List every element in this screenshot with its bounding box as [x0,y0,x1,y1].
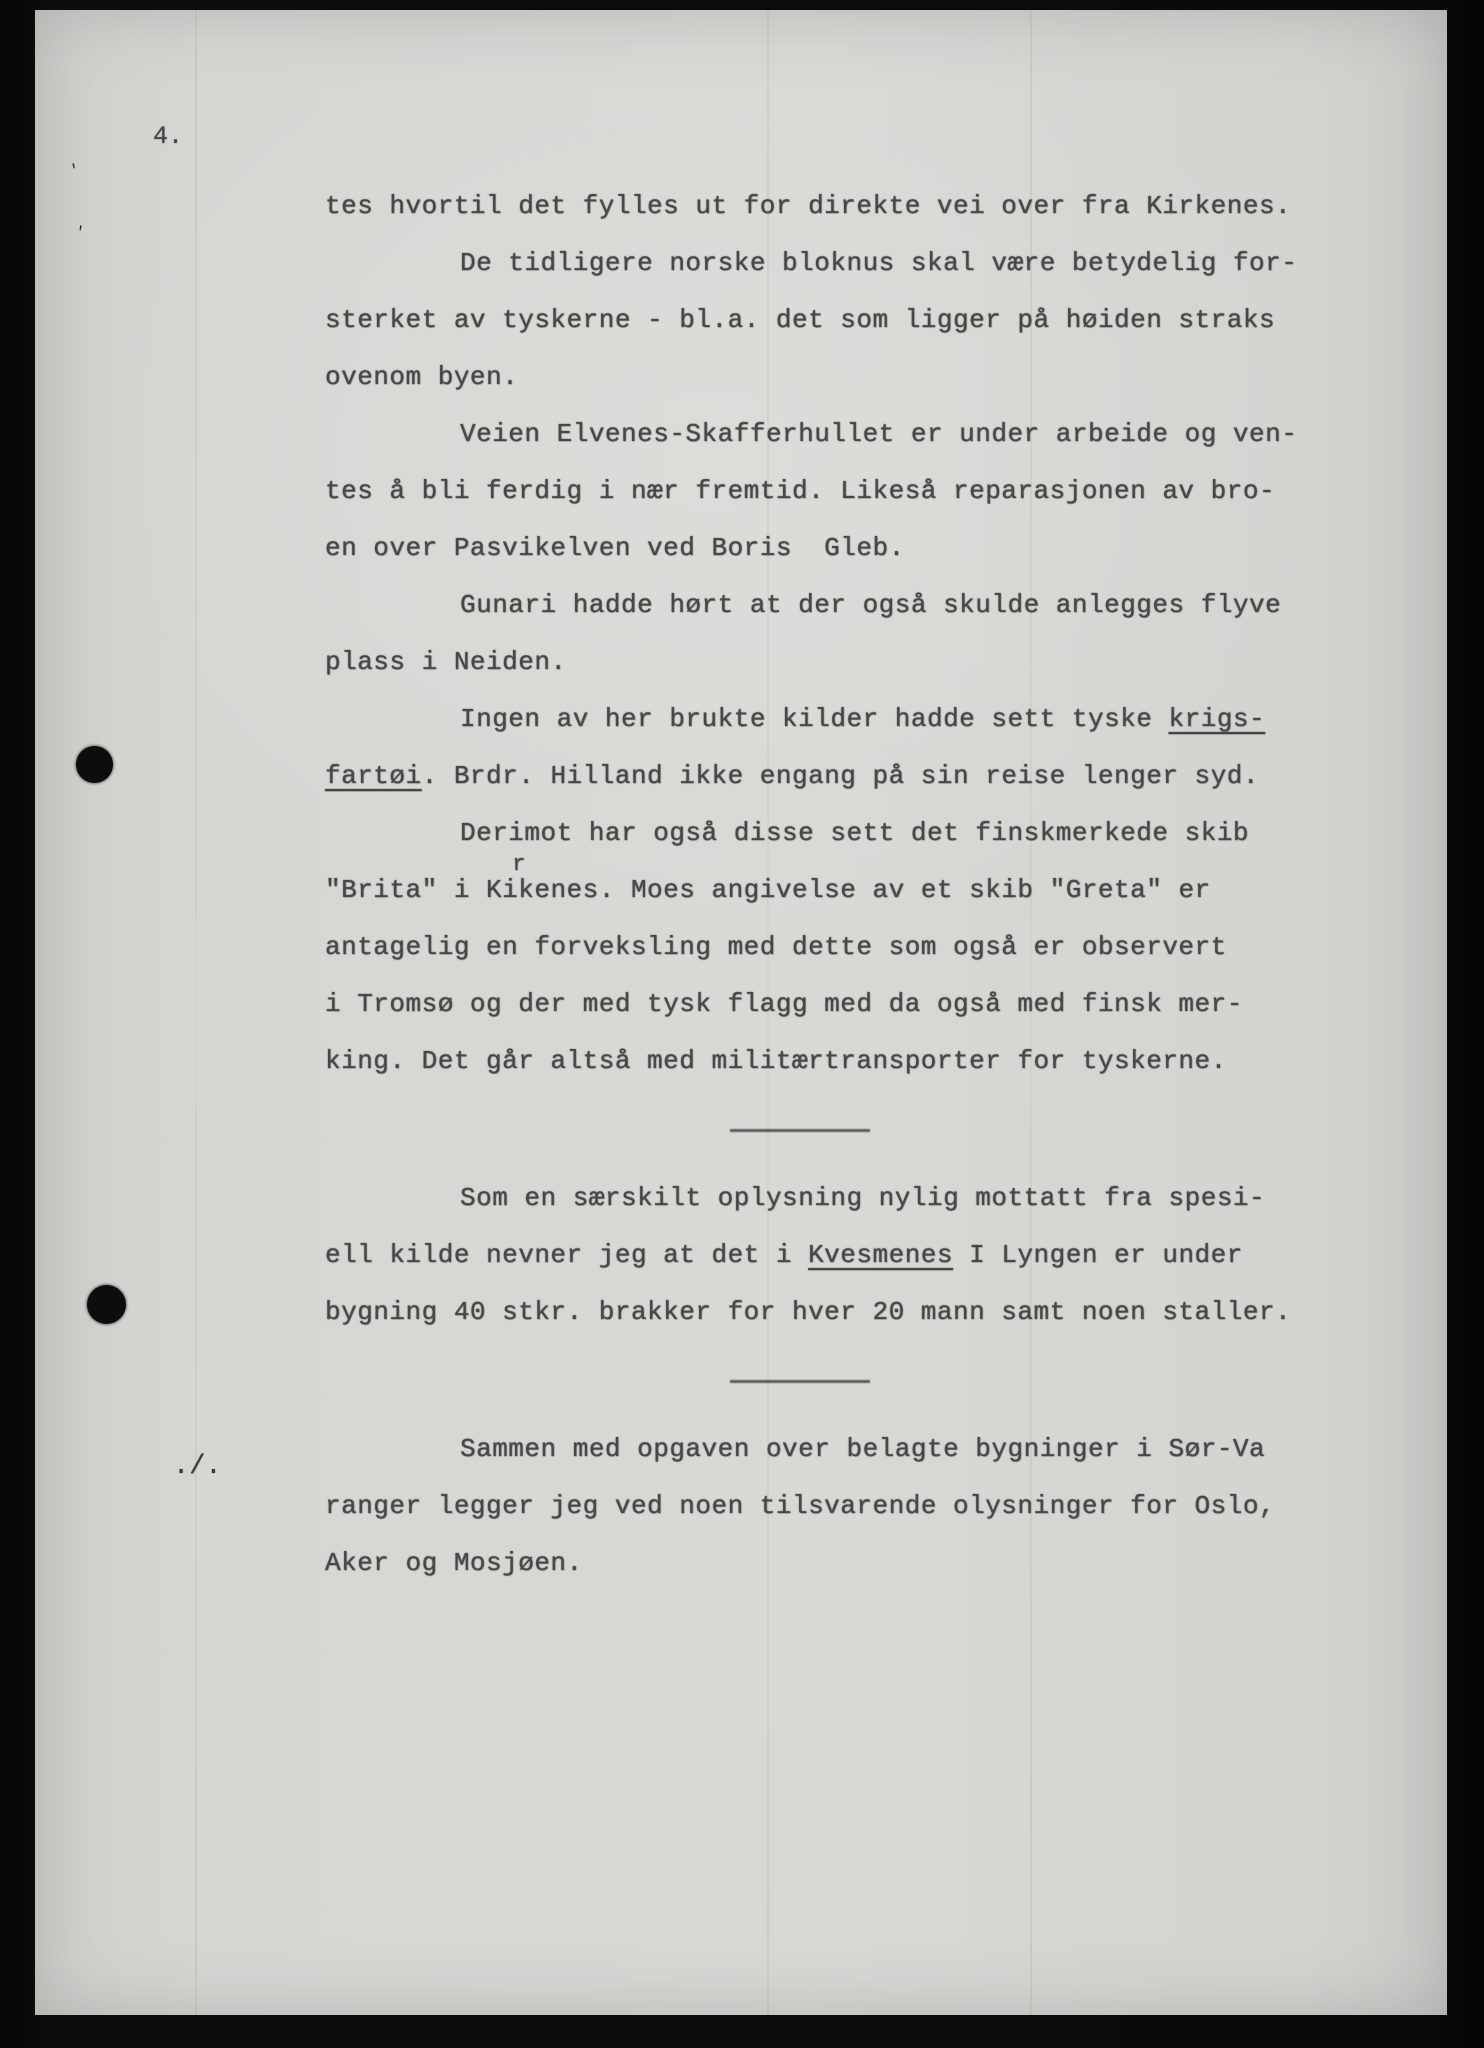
underlined-text: fartøi [325,761,422,791]
stray-ink-mark: ' [68,161,81,181]
typed-text: Ingen av her brukte kilder hadde sett ty… [460,704,1169,734]
typed-text: ell kilde nevner jeg at det i [325,1240,808,1270]
separator-line [730,1380,870,1383]
text-line: tes hvortil det fylles ut for direkte ve… [325,178,1335,235]
text-line: ell kilde nevner jeg at det i Kvesmenes … [325,1227,1335,1284]
text-line: tes å bli ferdig i nær fremtid. Likeså r… [325,463,1335,520]
typed-text: . Brdr. Hilland ikke engang på sin reise… [422,761,1259,791]
typed-text: tes hvortil det fylles ut for direkte ve… [325,191,1291,221]
separator-line [730,1129,870,1132]
page-number: 4. [153,122,183,151]
typed-text: Sammen med opgaven over belagte bygninge… [460,1434,1265,1464]
typed-separator-row [325,1090,1335,1170]
text-line: Gunari hadde hørt at der også skulde anl… [325,577,1335,634]
text-line: antagelig en forveksling med dette som o… [325,919,1335,976]
typed-text: ranger legger jeg ved noen tilsvarende o… [325,1491,1275,1521]
typed-text: bygning 40 stkr. brakker for hver 20 man… [325,1297,1291,1327]
typed-text: king. Det går altså med militærtransport… [325,1046,1227,1076]
text-line: Ingen av her brukte kilder hadde sett ty… [325,691,1335,748]
typed-text: I Lyngen er under [953,1240,1243,1270]
typed-text: De tidligere norske bloknus skal være be… [460,248,1297,278]
attachment-mark: ./. [173,1452,222,1482]
typed-text: Gunari hadde hørt at der også skulde anl… [460,590,1281,620]
text-line: Derimot har også disse sett det finskmer… [325,805,1335,862]
typed-text: Derimot har også disse sett det finskmer… [460,818,1249,848]
typed-text: Som en særskilt oplysning nylig mottatt … [460,1183,1265,1213]
text-line: en over Pasvikelven ved Boris Gleb. [325,520,1335,577]
text-line: i Tromsø og der med tysk flagg med da og… [325,976,1335,1033]
text-line: Aker og Mosjøen. [325,1535,1335,1592]
text-line: Sammen med opgaven over belagte bygninge… [325,1421,1335,1478]
text-line: king. Det går altså med militærtransport… [325,1033,1335,1090]
text-line: Veien Elvenes-Skafferhullet er under arb… [325,406,1335,463]
underlined-text: krigs- [1169,704,1266,734]
underlined-text: Kvesmenes [808,1240,953,1270]
document-text: tes hvortil det fylles ut for direkte ve… [325,178,1335,1592]
text-line: plass i Neiden. [325,634,1335,691]
typed-text: "Brita" i Ki [325,875,518,905]
typed-text: antagelig en forveksling med dette som o… [325,932,1227,962]
paper-fold-line [195,10,197,2015]
text-line: Som en særskilt oplysning nylig mottatt … [325,1170,1335,1227]
typed-text: plass i Neiden. [325,647,567,677]
typed-text: ovenom byen. [325,362,518,392]
typed-text: i Tromsø og der med tysk flagg med da og… [325,989,1243,1019]
text-line: "Brita" i Kirkenes. Moes angivelse av et… [325,862,1335,919]
stray-ink-mark: ' [74,223,86,242]
scan-background: 4. ' ' ./. tes hvortil det fylles ut for… [0,0,1484,2048]
hole-punch-bottom [87,1285,126,1324]
typed-text: tes å bli ferdig i nær fremtid. Likeså r… [325,476,1275,506]
typed-separator-row [325,1341,1335,1421]
hole-punch-top [76,746,113,783]
typed-text: en over Pasvikelven ved Boris Gleb. [325,533,905,563]
typed-text: sterket av tyskerne - bl.a. det som ligg… [325,305,1275,335]
text-line: De tidligere norske bloknus skal være be… [325,235,1335,292]
text-line: ranger legger jeg ved noen tilsvarende o… [325,1478,1335,1535]
text-line: sterket av tyskerne - bl.a. det som ligg… [325,292,1335,349]
text-line: ovenom byen. [325,349,1335,406]
text-line: bygning 40 stkr. brakker for hver 20 man… [325,1284,1335,1341]
scanned-page: 4. ' ' ./. tes hvortil det fylles ut for… [35,10,1447,2015]
text-line: fartøi. Brdr. Hilland ikke engang på sin… [325,748,1335,805]
typed-text: kenes. Moes angivelse av et skib "Greta"… [518,875,1210,905]
typed-text: Aker og Mosjøen. [325,1548,583,1578]
typed-text: Veien Elvenes-Skafferhullet er under arb… [460,419,1297,449]
